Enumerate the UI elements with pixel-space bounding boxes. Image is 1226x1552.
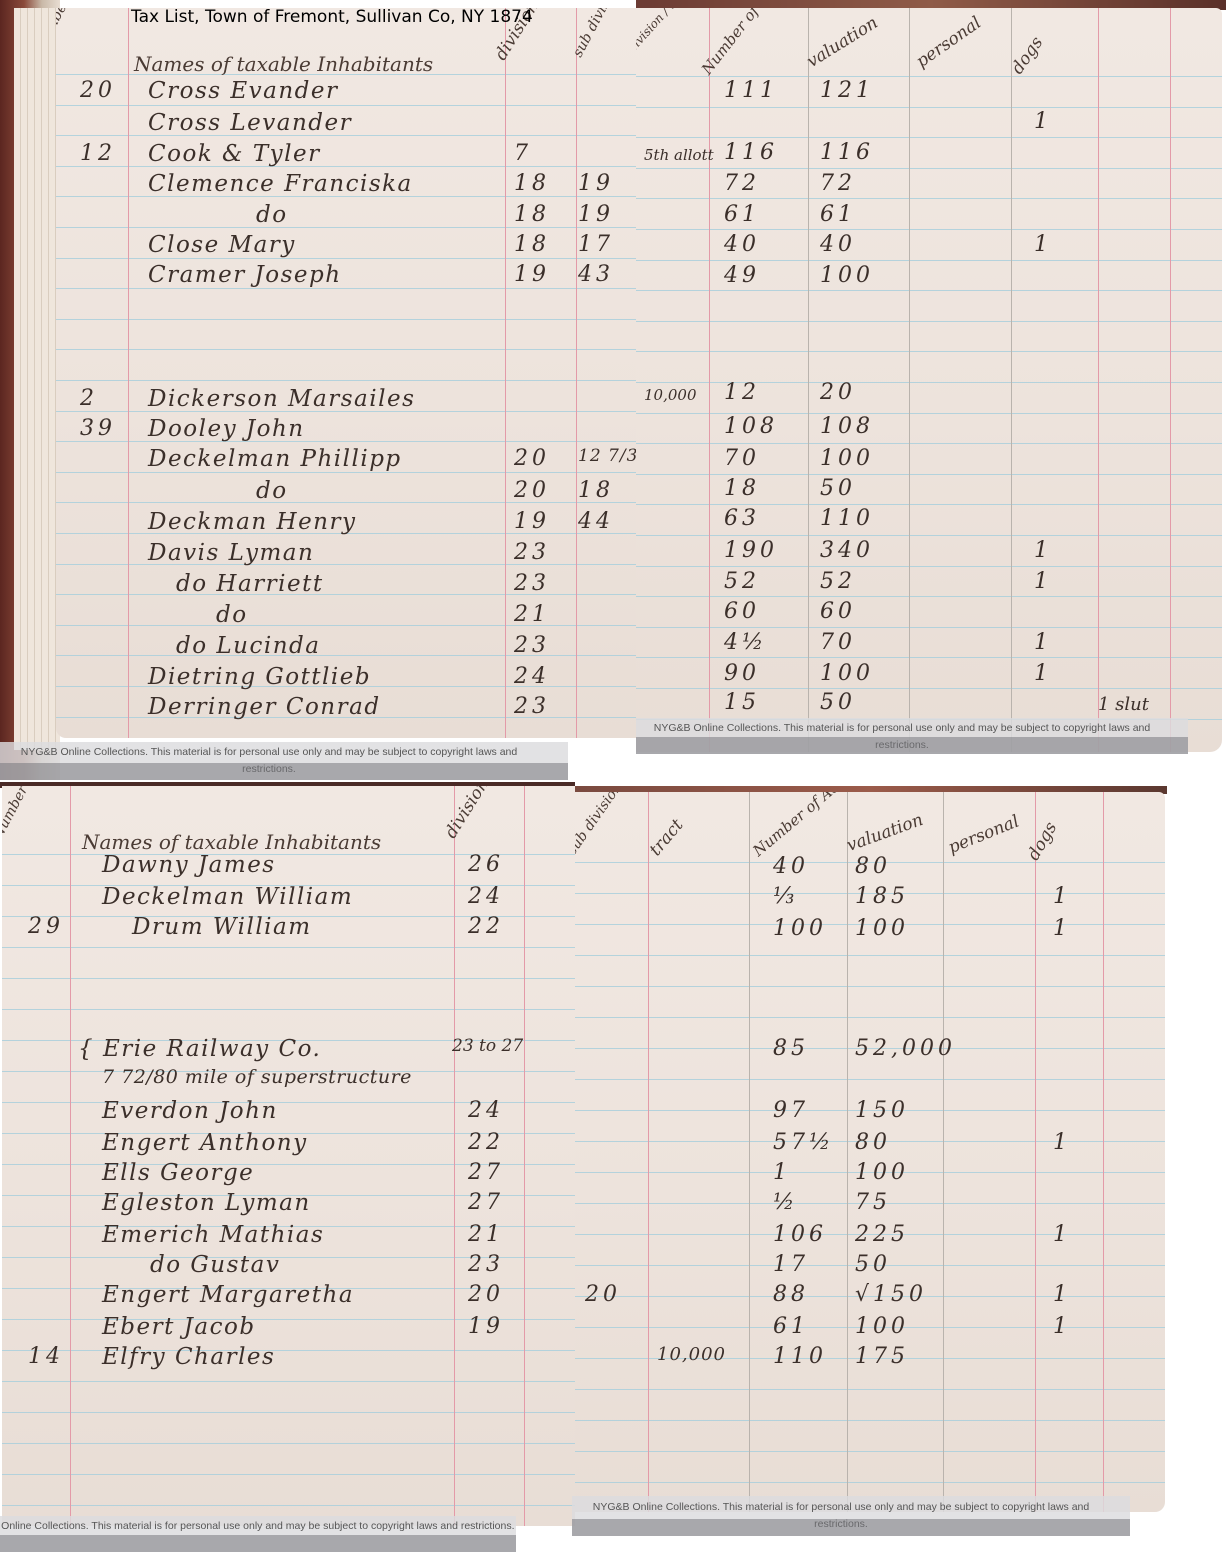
dogs-value: 1 [1053, 1282, 1071, 1307]
ruled-line [575, 1079, 1165, 1080]
ruled-line [56, 288, 636, 289]
dogs-value: 1 [1034, 538, 1052, 563]
inhabitant-name: do [256, 478, 288, 504]
acres-value: 116 [724, 140, 778, 165]
ledger-page-top-left: Number of lotsNames of taxable Inhabitan… [56, 8, 636, 738]
acres-value: 190 [724, 538, 778, 563]
ruled-line [56, 349, 636, 350]
division-value: 27 [468, 1190, 504, 1215]
valuation-value: 121 [820, 78, 874, 103]
division-value: 23 [514, 633, 550, 658]
acres-value: 90 [724, 661, 760, 686]
ruled-line [2, 978, 575, 979]
division-value: 20 [468, 1282, 504, 1307]
column-divider [524, 786, 525, 1526]
valuation-value: 50 [820, 690, 856, 715]
acres-value: ½ [773, 1190, 798, 1215]
subdivision-value: 17 [578, 232, 614, 257]
ruled-line [636, 657, 1222, 658]
inhabitant-name: do Gustav [150, 1252, 280, 1278]
acres-value: 72 [724, 171, 760, 196]
valuation-value: 150 [855, 1098, 909, 1123]
division-value: 24 [514, 664, 550, 689]
ruled-line [636, 229, 1222, 230]
subdivision-value: 43 [578, 262, 614, 287]
division-value: 23 [514, 694, 550, 719]
lot-number: 12 [80, 141, 116, 166]
inhabitant-name: Davis Lyman [148, 540, 314, 566]
acres-value: 110 [773, 1344, 827, 1369]
copyright-watermark: NYG&B Online Collections. This material … [0, 1516, 516, 1552]
division-value: 26 [468, 852, 504, 877]
acres-value: 1 [773, 1160, 791, 1185]
ruled-line [636, 290, 1222, 291]
header-number-of-acres: Number of Acres [749, 792, 860, 860]
ruled-line [636, 137, 1222, 138]
header-number-of-lots: Number of lots [56, 8, 96, 54]
ruled-line [636, 351, 1222, 352]
valuation-value: √150 [855, 1282, 927, 1307]
column-divider [749, 792, 750, 1512]
ruled-line [56, 319, 636, 320]
ruled-line [56, 380, 636, 381]
ruled-line [56, 105, 636, 106]
ruled-line [575, 1389, 1165, 1390]
division-value: 22 [468, 914, 504, 939]
dogs-value: 1 [1053, 1222, 1071, 1247]
valuation-value: 100 [820, 263, 874, 288]
lot-number: 2 [80, 386, 98, 411]
dogs-value: 1 [1034, 232, 1052, 257]
inhabitant-name: do Harriett [176, 571, 324, 597]
valuation-value: 175 [855, 1344, 909, 1369]
header-valuation: valuation [844, 810, 926, 856]
acres-value: 40 [773, 854, 809, 879]
lot-number: 20 [80, 78, 116, 103]
valuation-value: 100 [855, 916, 909, 941]
ruled-line [636, 321, 1222, 322]
dogs-value: 1 [1053, 884, 1071, 909]
column-divider [648, 792, 649, 1512]
ruled-line [636, 198, 1222, 199]
ruled-line [56, 258, 636, 259]
inhabitant-name: Deckelman Phillipp [148, 446, 402, 472]
ledger-page-top-right: sub division / tractNumber of Acresvalua… [636, 8, 1222, 752]
header-dogs: dogs [1024, 819, 1062, 864]
inhabitant-name: Everdon John [102, 1098, 278, 1124]
header-number-of-acres: Number of Acres [698, 8, 792, 78]
ruled-line [636, 566, 1222, 567]
header-valuation: valuation [803, 13, 881, 72]
valuation-value: 108 [820, 414, 874, 439]
inhabitant-name: do [216, 602, 248, 628]
subdivision-value: 12 7/33 [578, 446, 636, 466]
column-divider [808, 8, 809, 752]
acres-value: 70 [724, 446, 760, 471]
header-tract: sub division / tract [636, 8, 694, 74]
copyright-watermark: NYG&B Online Collections. This material … [636, 718, 1188, 754]
valuation-value: 100 [820, 661, 874, 686]
acres-value: 106 [773, 1222, 827, 1247]
acres-value: 63 [724, 506, 760, 531]
ruled-line [2, 1381, 575, 1382]
dogs-value: 1 [1053, 1314, 1071, 1339]
header-subdivision: sub division [575, 792, 625, 858]
valuation-value: 80 [855, 854, 891, 879]
valuation-value: 72 [820, 171, 856, 196]
division-value: 19 [514, 509, 550, 534]
lot-number: 29 [28, 914, 64, 939]
ruled-line [575, 1482, 1165, 1483]
inhabitant-name: Elfry Charles [102, 1344, 275, 1370]
header-dogs: dogs [1008, 33, 1048, 78]
note-value: 1 slut [1098, 694, 1149, 715]
dogs-value: 1 [1034, 661, 1052, 686]
inhabitant-name: Deckman Henry [148, 509, 357, 535]
column-divider [1098, 8, 1099, 752]
ledger-page-bottom-right: sub divisiontractNumber of Acresvaluatio… [575, 792, 1165, 1512]
ruled-line [2, 1412, 575, 1413]
valuation-value: 40 [820, 232, 856, 257]
dogs-value: 1 [1034, 630, 1052, 655]
ledger-page-bottom-left: Number of lotsNames of taxable Inhabitan… [2, 786, 575, 1526]
division-value: 23 to 27 [452, 1036, 523, 1056]
document-title: Tax List, Town of Fremont, Sullivan Co, … [131, 6, 551, 28]
valuation-value: 225 [855, 1222, 909, 1247]
inhabitant-name: { Erie Railway Co. [78, 1036, 321, 1062]
valuation-value: 100 [855, 1314, 909, 1339]
inhabitant-name: 7 72/80 mile of superstructure [102, 1066, 412, 1088]
inhabitant-name: Derringer Conrad [148, 694, 381, 720]
valuation-value: 340 [820, 538, 874, 563]
division-value: 7 [514, 141, 532, 166]
division-value: 18 [514, 202, 550, 227]
column-divider [1170, 8, 1171, 752]
valuation-value: 70 [820, 630, 856, 655]
ruled-line [636, 107, 1222, 108]
acres-value: 15 [724, 690, 760, 715]
division-value: 23 [514, 540, 550, 565]
division-value: 24 [468, 1098, 504, 1123]
inhabitant-name: Cook & Tyler [148, 141, 321, 167]
column-divider [847, 792, 848, 1512]
valuation-value: 50 [820, 476, 856, 501]
valuation-value: 116 [820, 140, 874, 165]
ruled-line [636, 535, 1222, 536]
division-value: 19 [514, 262, 550, 287]
dogs-value: 1 [1053, 916, 1071, 941]
acres-value: 100 [773, 916, 827, 941]
header-tract: tract [646, 815, 688, 860]
division-value: 23 [514, 571, 550, 596]
valuation-value: 52,000 [855, 1036, 956, 1061]
acres-value: 40 [724, 232, 760, 257]
column-divider [454, 786, 455, 1526]
division-value: 20 [514, 446, 550, 471]
inhabitant-name: Cross Evander [148, 78, 339, 104]
ruled-line [56, 227, 636, 228]
ruled-line [636, 474, 1222, 475]
valuation-value: 100 [855, 1160, 909, 1185]
lot-number: 39 [80, 416, 116, 441]
ruled-line [2, 947, 575, 948]
ruled-line [575, 1017, 1165, 1018]
acres-value: 17 [773, 1252, 809, 1277]
division-value: 24 [468, 884, 504, 909]
inhabitant-name: Cramer Joseph [148, 262, 342, 288]
division-value: 21 [468, 1222, 504, 1247]
valuation-value: 75 [855, 1190, 891, 1215]
inhabitant-name: Clemence Franciska [148, 171, 413, 197]
ruled-line [636, 627, 1222, 628]
header-personal: personal [946, 812, 1023, 858]
column-divider [909, 8, 910, 752]
ruled-line [636, 443, 1222, 444]
ruled-line [2, 1474, 575, 1475]
acres-value: 49 [724, 263, 760, 288]
inhabitant-name: do Lucinda [176, 633, 320, 659]
division-value: 21 [514, 602, 550, 627]
lot-number: 14 [28, 1344, 64, 1369]
inhabitant-name: Dietring Gottlieb [148, 664, 371, 690]
subdivision-value: 44 [578, 509, 614, 534]
column-divider [505, 8, 506, 738]
acres-value: 4½ [724, 630, 767, 655]
valuation-value: 50 [855, 1252, 891, 1277]
dogs-value: 1 [1034, 569, 1052, 594]
valuation-value: 52 [820, 569, 856, 594]
inhabitant-name: Close Mary [148, 232, 296, 258]
ruled-line [636, 596, 1222, 597]
header-number-of-lots: Number of lots [2, 786, 54, 842]
division-value: 22 [468, 1130, 504, 1155]
valuation-value: 20 [820, 380, 856, 405]
ruled-line [2, 1350, 575, 1351]
column-divider [128, 8, 129, 738]
subdivision-value: 19 [578, 171, 614, 196]
valuation-value: 100 [820, 446, 874, 471]
copyright-watermark: NYG&B Online Collections. This material … [572, 1496, 1130, 1536]
column-divider [1103, 792, 1104, 1512]
valuation-value: 80 [855, 1130, 891, 1155]
subdivision-value: 18 [578, 478, 614, 503]
subdivision-value: 19 [578, 202, 614, 227]
division-value: 18 [514, 171, 550, 196]
tract-value: 5th allott [644, 146, 714, 164]
column-divider [1035, 792, 1036, 1512]
valuation-value: 61 [820, 202, 856, 227]
valuation-value: 60 [820, 599, 856, 624]
acres-value: 97 [773, 1098, 809, 1123]
division-value: 19 [468, 1314, 504, 1339]
acres-value: 111 [724, 78, 778, 103]
acres-value: 108 [724, 414, 778, 439]
copyright-watermark: NYG&B Online Collections. This material … [0, 742, 568, 780]
valuation-value: 185 [855, 884, 909, 909]
column-divider [70, 786, 71, 1526]
column-divider [1011, 8, 1012, 752]
header-personal: personal [913, 13, 986, 72]
division-value: 27 [468, 1160, 504, 1185]
acres-value: 12 [724, 380, 760, 405]
ruled-line [575, 955, 1165, 956]
acres-value: 85 [773, 1036, 809, 1061]
acres-value: ⅓ [773, 884, 798, 909]
header-division: division [441, 786, 493, 842]
ruled-line [2, 1505, 575, 1506]
acres-value: 61 [773, 1314, 809, 1339]
inhabitant-name: Deckelman William [102, 884, 353, 910]
acres-value: 61 [724, 202, 760, 227]
ruled-line [636, 260, 1222, 261]
inhabitant-name: Drum William [132, 914, 312, 940]
ruled-line [636, 688, 1222, 689]
division-value: 18 [514, 232, 550, 257]
ruled-line [2, 1009, 575, 1010]
page-stack-edge [14, 8, 60, 750]
header-names: Names of taxable Inhabitants [82, 830, 381, 854]
acres-value: 57½ [773, 1130, 834, 1155]
acres-value: 52 [724, 569, 760, 594]
column-divider [576, 8, 577, 738]
acres-value: 60 [724, 599, 760, 624]
header-names: Names of taxable Inhabitants [134, 52, 433, 76]
ruled-line [2, 1443, 575, 1444]
ruled-line [575, 1451, 1165, 1452]
tract-value: 10,000 [644, 386, 697, 404]
inhabitant-name: Dooley John [148, 416, 305, 442]
column-divider [709, 8, 710, 752]
header-subdivision: sub division [570, 8, 624, 60]
inhabitant-name: Egleston Lyman [102, 1190, 311, 1216]
inhabitant-name: Cross Levander [148, 110, 352, 136]
acres-value: 18 [724, 476, 760, 501]
column-divider [943, 792, 944, 1512]
ruled-line [56, 166, 636, 167]
tract-value: 10,000 [657, 1344, 726, 1365]
dogs-value: 1 [1053, 1130, 1071, 1155]
valuation-value: 110 [820, 506, 874, 531]
dogs-value: 1 [1034, 109, 1052, 134]
division-value: 23 [468, 1252, 504, 1277]
ruled-line [575, 986, 1165, 987]
inhabitant-name: Emerich Mathias [102, 1222, 324, 1248]
division-value: 20 [514, 478, 550, 503]
inhabitant-name: Ebert Jacob [102, 1314, 256, 1340]
watermark-text: NYG&B Online Collections. This material … [0, 1516, 516, 1535]
acres-value: 88 [773, 1282, 809, 1307]
inhabitant-name: Ells George [102, 1160, 254, 1186]
inhabitant-name: do [256, 202, 288, 228]
ruled-line [636, 168, 1222, 169]
inhabitant-name: Dickerson Marsailes [148, 386, 415, 412]
ruled-line [56, 441, 636, 442]
ruled-line [575, 1420, 1165, 1421]
inhabitant-name: Engert Anthony [102, 1130, 308, 1156]
ruled-line [636, 76, 1222, 77]
inhabitant-name: Engert Margaretha [102, 1282, 354, 1308]
inhabitant-name: Dawny James [102, 852, 276, 878]
subdivision-value: 20 [585, 1282, 621, 1307]
